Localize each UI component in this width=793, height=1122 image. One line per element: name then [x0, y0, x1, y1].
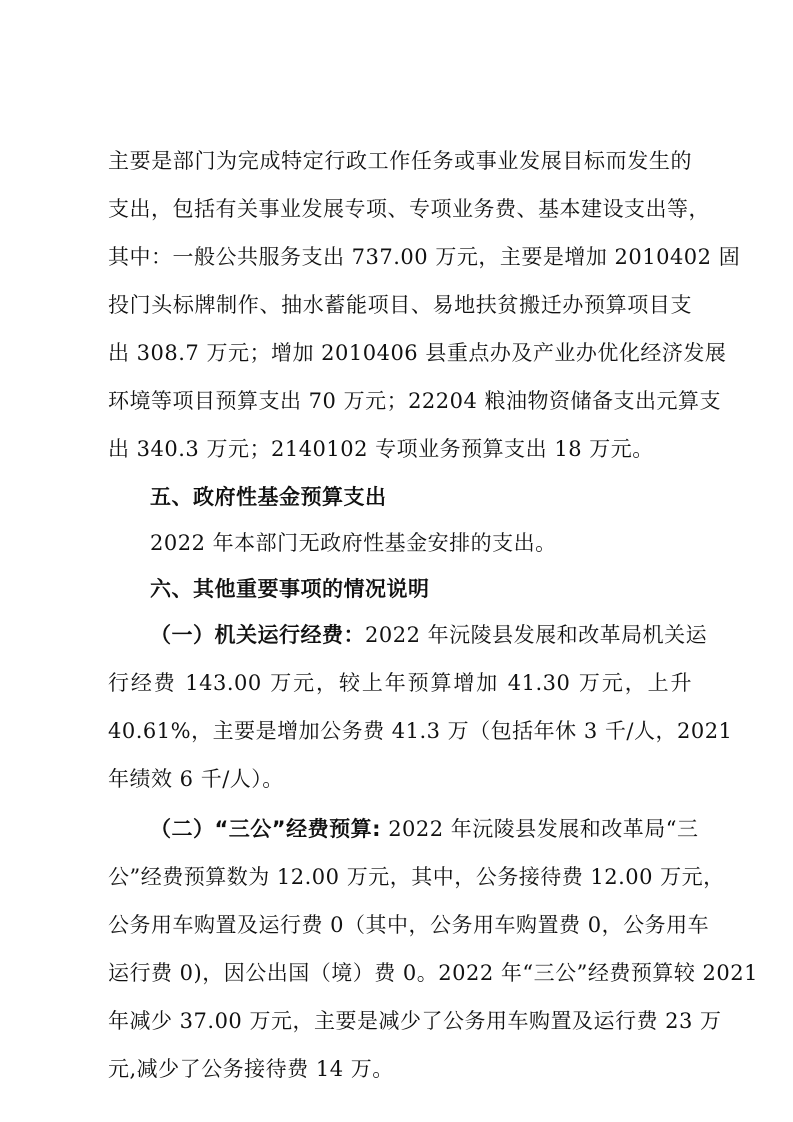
section-body: 2022 年本部门无政府性基金安排的支出。 [150, 528, 692, 558]
paragraph-line: 公务用车购置及运行费 0（其中，公务用车购置费 0，公务用车 [108, 910, 692, 940]
section-heading: 六、其他重要事项的情况说明 [150, 574, 692, 604]
item-text: 2022 年沅陵县发展和改革局“三 [381, 817, 699, 841]
section-heading: 五、政府性基金预算支出 [150, 482, 692, 512]
paragraph-line: 公”经费预算数为 12.00 万元，其中，公务接待费 12.00 万元， [108, 862, 692, 892]
paragraph-line: 其中：一般公共服务支出 737.00 万元，主要是增加 2010402 固 [108, 242, 692, 272]
paragraph-line: 行经费 143.00 万元，较上年预算增加 41.30 万元，上升 [108, 668, 692, 698]
paragraph-line: 年减少 37.00 万元，主要是减少了公务用车购置及运行费 23 万 [108, 1006, 692, 1036]
document-page: 主要是部门为完成特定行政工作任务或事业发展目标而发生的 支出，包括有关事业发展专… [0, 0, 793, 1122]
item-first-line: （一）机关运行经费：2022 年沅陵县发展和改革局机关运 [150, 620, 692, 650]
item-text: 2022 年沅陵县发展和改革局机关运 [365, 623, 707, 647]
paragraph-line: 年绩效 6 千/人）。 [108, 764, 692, 794]
paragraph-line: 40.61%，主要是增加公务费 41.3 万（包括年休 3 千/人，2021 [108, 716, 692, 746]
item-label: （一）机关运行经费： [150, 623, 365, 647]
item-first-line: （二）“三公”经费预算: 2022 年沅陵县发展和改革局“三 [150, 814, 692, 844]
paragraph-line: 环境等项目预算支出 70 万元；22204 粮油物资储备支出元算支 [108, 386, 692, 416]
paragraph-line: 运行费 0)，因公出国（境）费 0。2022 年“三公”经费预算较 2021 [108, 958, 692, 988]
paragraph-line: 投门头标牌制作、抽水蓄能项目、易地扶贫搬迁办预算项目支 [108, 290, 692, 320]
paragraph-line: 出 340.3 万元；2140102 专项业务预算支出 18 万元。 [108, 434, 692, 464]
paragraph-line: 元,减少了公务接待费 14 万。 [108, 1054, 692, 1084]
item-label: （二）“三公”经费预算: [150, 817, 381, 841]
paragraph-line: 出 308.7 万元；增加 2010406 县重点办及产业办优化经济发展 [108, 338, 692, 368]
paragraph-line: 支出，包括有关事业发展专项、专项业务费、基本建设支出等， [108, 194, 692, 224]
paragraph-line: 主要是部门为完成特定行政工作任务或事业发展目标而发生的 [108, 146, 692, 176]
